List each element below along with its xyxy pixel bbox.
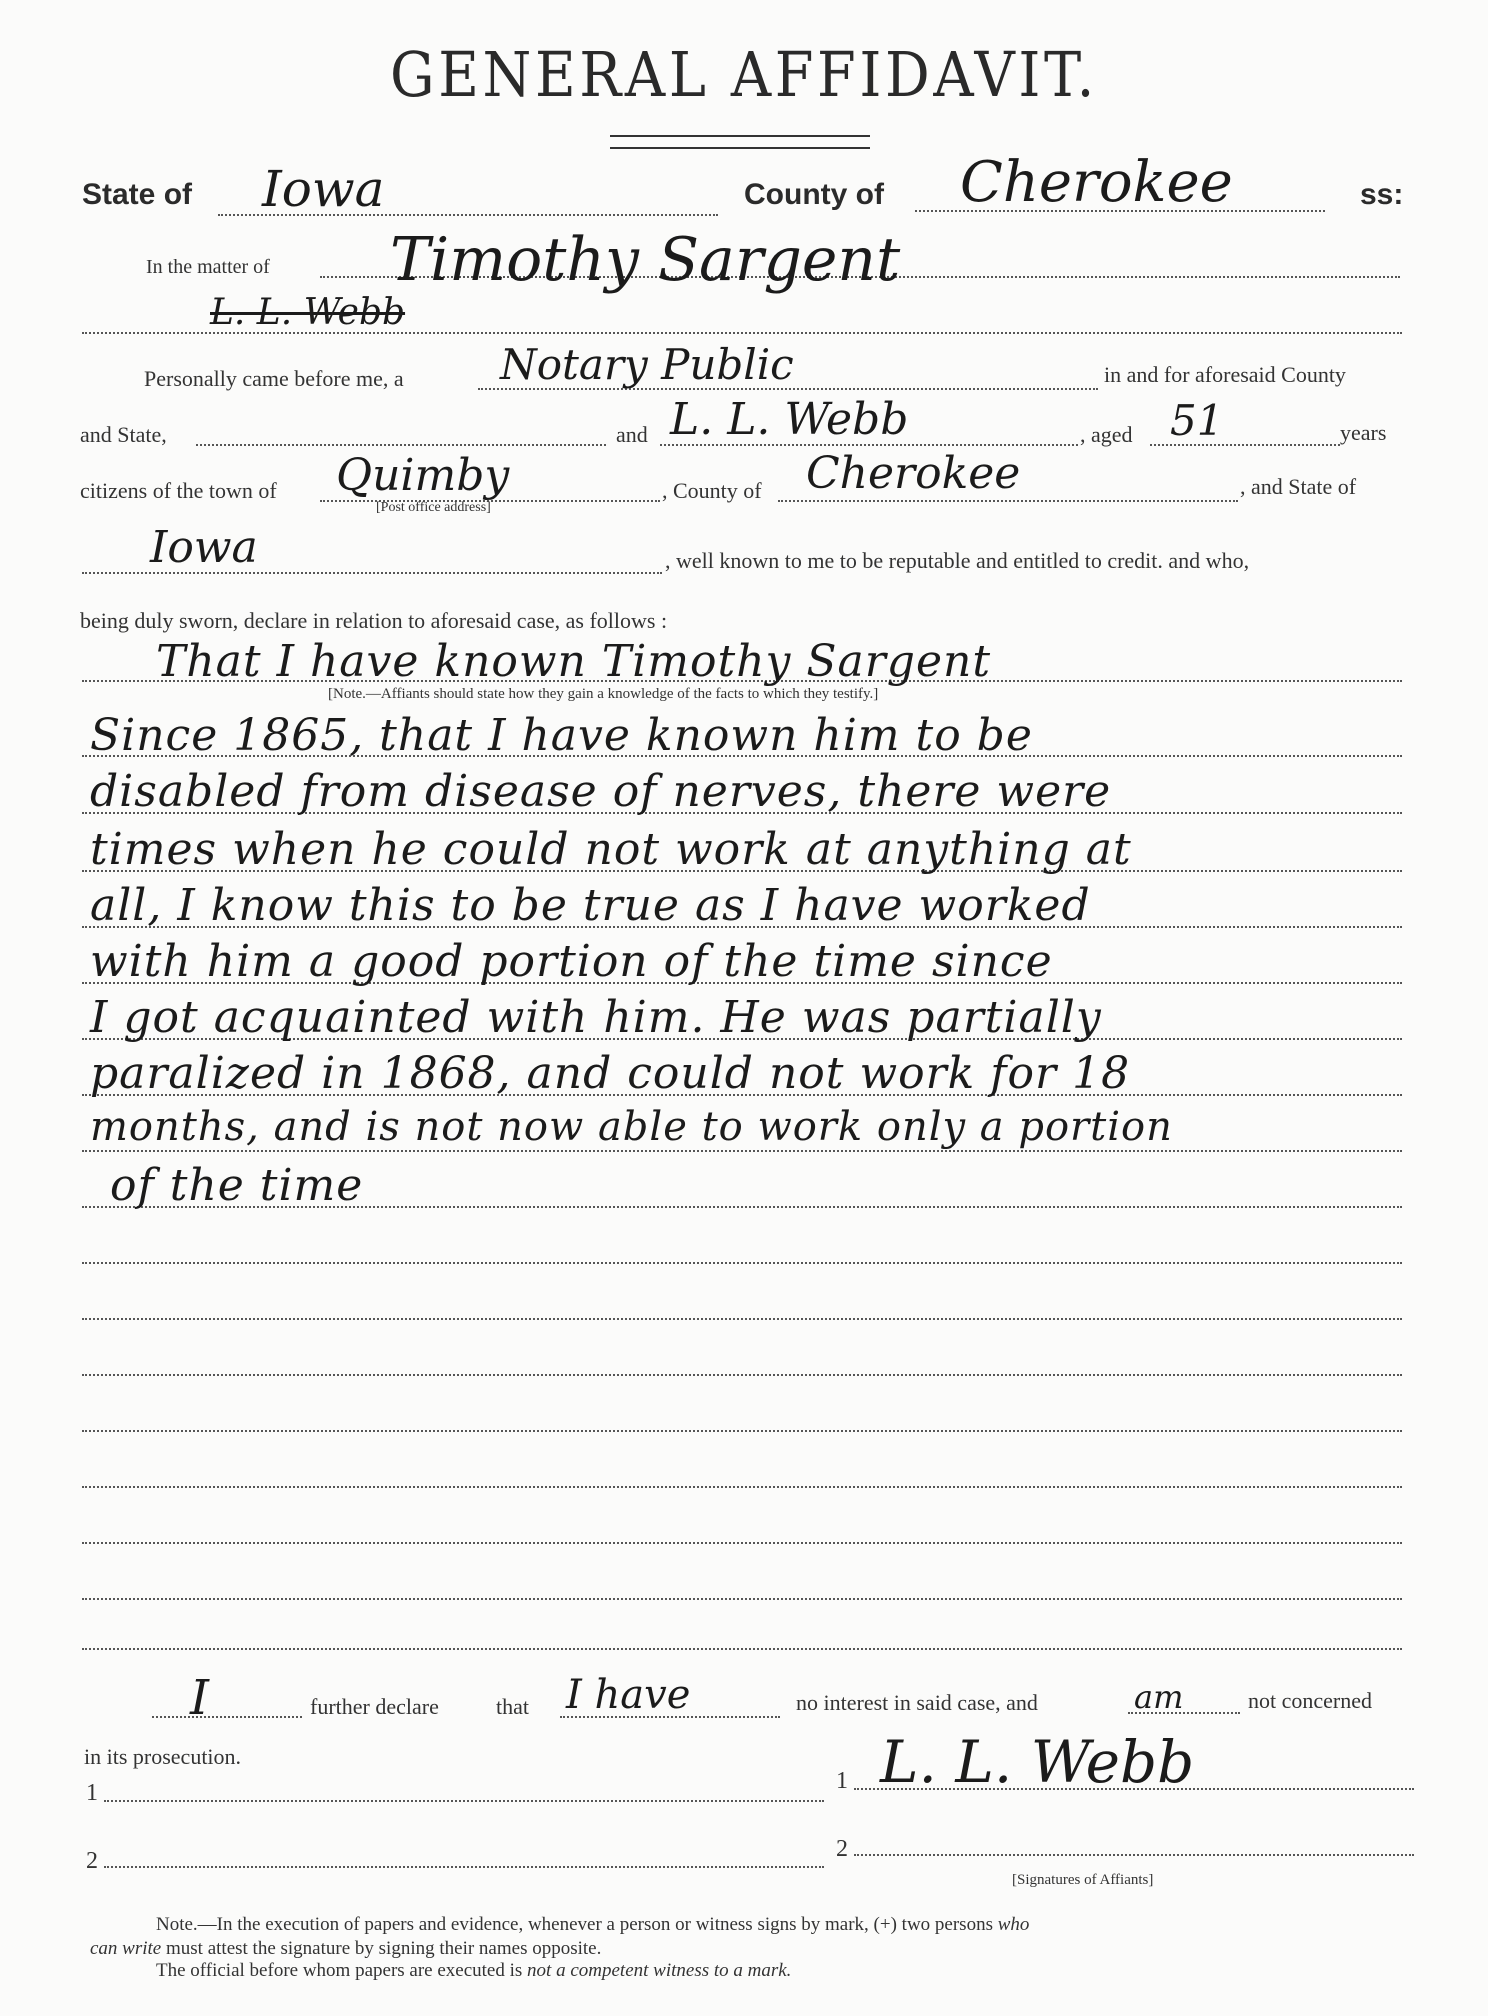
- footer-note-italic-2: can write: [90, 1938, 161, 1959]
- title-rule: [610, 135, 870, 149]
- witness-line-2[interactable]: [104, 1866, 824, 1868]
- footer-note-text-2: must attest the signature by signing the…: [166, 1938, 601, 1959]
- county-value[interactable]: Cherokee: [960, 150, 1233, 215]
- statement-text-3[interactable]: times when he could not work at anything…: [90, 824, 1132, 875]
- that-text: that: [496, 1694, 529, 1720]
- town-county-label: , County of: [662, 478, 762, 504]
- appearance-prefix: Personally came before me, a: [144, 366, 404, 392]
- state-value-2[interactable]: Iowa: [150, 522, 258, 573]
- affiant-name[interactable]: L. L. Webb: [670, 394, 908, 445]
- blank-line: [82, 1486, 1402, 1488]
- further-declare-text: further declare: [310, 1694, 439, 1720]
- not-concerned-text: not concerned: [1248, 1688, 1372, 1714]
- footer-note-line-2: can write must attest the signature by s…: [90, 1938, 601, 1960]
- footer-note-italic-1: who: [998, 1914, 1030, 1935]
- blank-line: [82, 1598, 1402, 1600]
- footer-note-line-1: Note.—In the execution of papers and evi…: [156, 1914, 1029, 1936]
- statement-note: [Note.—Affiants should state how they ga…: [328, 686, 878, 703]
- footer-note-text-1: Note.—In the execution of papers and evi…: [156, 1914, 993, 1935]
- reputable-text: , well known to me to be reputable and e…: [665, 548, 1249, 574]
- witness-line-1[interactable]: [104, 1800, 824, 1802]
- state-value[interactable]: Iowa: [262, 160, 384, 218]
- and-state-label: and State,: [80, 422, 167, 448]
- statement-first-line[interactable]: That I have known Timothy Sargent: [156, 636, 991, 687]
- signatures-label: [Signatures of Affiants]: [1012, 1872, 1153, 1889]
- matter-line-2: [82, 332, 1402, 334]
- blank-line: [82, 1262, 1402, 1264]
- and-state-line: [196, 444, 606, 446]
- and-label: and: [616, 422, 648, 448]
- signature-line-2[interactable]: [854, 1854, 1414, 1856]
- statement-text-7[interactable]: paralized in 1868, and could not work fo…: [90, 1048, 1130, 1099]
- aged-label: , aged: [1080, 422, 1133, 448]
- sworn-text: being duly sworn, declare in relation to…: [80, 608, 667, 634]
- appearance-suffix: in and for aforesaid County: [1104, 362, 1346, 388]
- matter-struck-value: L. L. Webb: [210, 292, 405, 333]
- statement-text-2[interactable]: disabled from disease of nerves, there w…: [90, 766, 1111, 817]
- town-prefix: citizens of the town of: [80, 478, 277, 504]
- statement-line-8: [82, 1150, 1402, 1152]
- statement-text-9[interactable]: of the time: [110, 1160, 363, 1211]
- witness-number-1: 1: [86, 1780, 98, 1807]
- statement-text-8[interactable]: months, and is not now able to work only…: [90, 1104, 1173, 1150]
- state-of-label: , and State of: [1240, 474, 1356, 500]
- blank-line: [82, 1374, 1402, 1376]
- document-title: GENERAL AFFIDAVIT.: [74, 38, 1413, 111]
- am-value[interactable]: am: [1134, 1678, 1183, 1716]
- no-interest-text: no interest in said case, and: [796, 1690, 1038, 1716]
- blank-line: [82, 1318, 1402, 1320]
- footer-note-text-3: The official before whom papers are exec…: [156, 1960, 522, 1981]
- statement-text-5[interactable]: with him a good portion of the time sinc…: [90, 936, 1053, 987]
- town-value[interactable]: Quimby: [336, 450, 509, 501]
- state-label: State of: [82, 178, 192, 212]
- ss-label: ss:: [1360, 178, 1403, 212]
- town-county-line: [778, 500, 1238, 502]
- have-value[interactable]: I have: [566, 1672, 690, 1718]
- declaration-pronoun-line: [152, 1716, 302, 1718]
- statement-text-6[interactable]: I got acquainted with him. He was partia…: [90, 992, 1102, 1043]
- matter-value[interactable]: Timothy Sargent: [390, 225, 900, 295]
- years-label: years: [1340, 420, 1386, 446]
- affiant-signature[interactable]: L. L. Webb: [880, 1728, 1194, 1796]
- blank-line: [82, 1648, 1402, 1650]
- officer-title[interactable]: Notary Public: [500, 340, 794, 389]
- signature-number-2: 2: [836, 1836, 848, 1863]
- blank-line: [82, 1542, 1402, 1544]
- post-office-note: [Post office address]: [376, 500, 491, 516]
- statement-text-1[interactable]: Since 1865, that I have known him to be: [90, 710, 1033, 761]
- footer-note-line-3: The official before whom papers are exec…: [156, 1960, 791, 1982]
- age-value[interactable]: 51: [1170, 396, 1223, 445]
- witness-number-2: 2: [86, 1848, 98, 1875]
- declaration-pronoun[interactable]: I: [190, 1670, 209, 1726]
- matter-label: In the matter of: [146, 256, 270, 279]
- signature-number-1: 1: [836, 1768, 848, 1795]
- town-county-value[interactable]: Cherokee: [806, 448, 1020, 499]
- statement-text-4[interactable]: all, I know this to be true as I have wo…: [90, 880, 1091, 931]
- blank-line: [82, 1430, 1402, 1432]
- footer-note-italic-3: not a competent witness to a mark.: [527, 1960, 791, 1981]
- county-label: County of: [744, 178, 884, 212]
- prosecution-text: in its prosecution.: [84, 1744, 241, 1770]
